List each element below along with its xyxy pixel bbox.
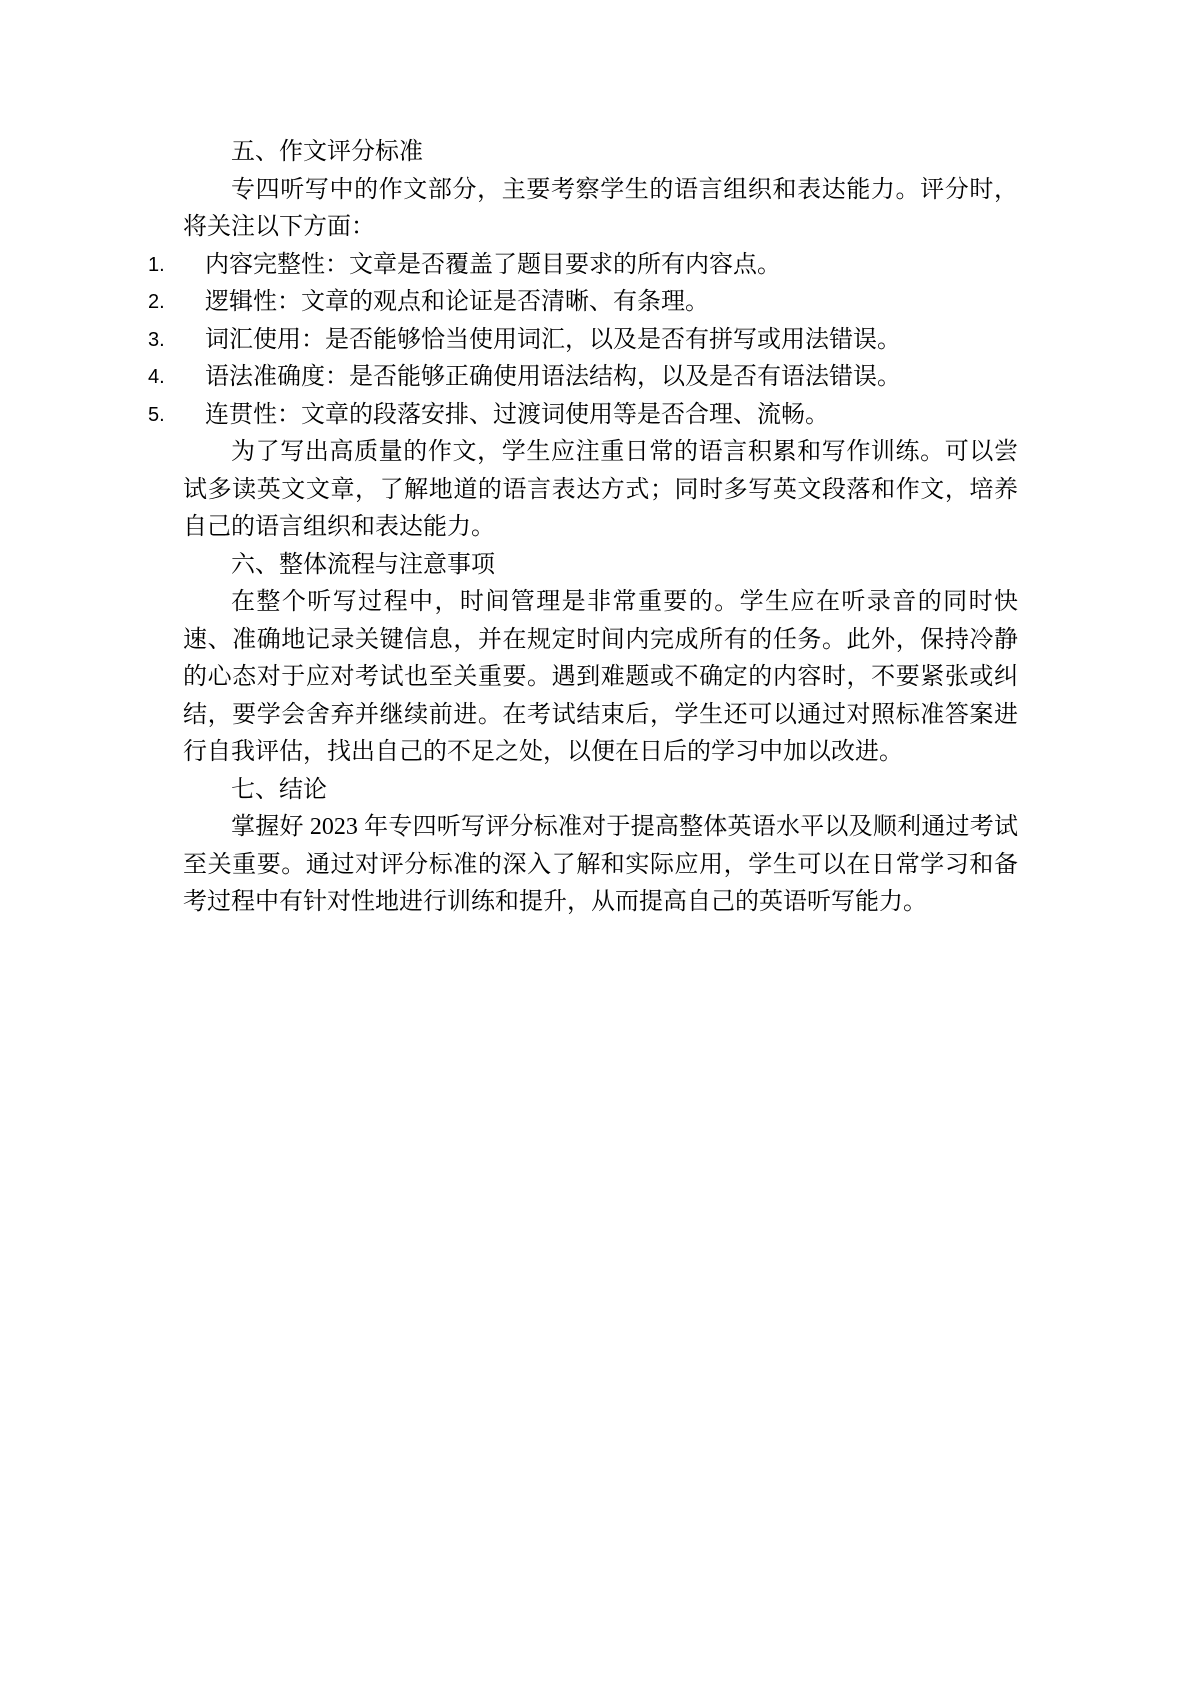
paragraph-process-notes: 在整个听写过程中，时间管理是非常重要的。学生应在听录音的同时快速、准确地记录关键… [183,584,1018,772]
list-item: 1. 内容完整性：文章是否覆盖了题目要求的所有内容点。 [183,247,1018,285]
paragraph-essay-intro: 专四听写中的作文部分，主要考察学生的语言组织和表达能力。评分时，将关注以下方面： [183,172,1018,247]
list-item-text: 内容完整性：文章是否覆盖了题目要求的所有内容点。 [205,252,781,278]
document-page: 五、作文评分标准 专四听写中的作文部分，主要考察学生的语言组织和表达能力。评分时… [0,0,1191,1684]
list-item: 3. 词汇使用：是否能够恰当使用词汇，以及是否有拼写或用法错误。 [183,322,1018,360]
criteria-list: 1. 内容完整性：文章是否覆盖了题目要求的所有内容点。 2. 逻辑性：文章的观点… [183,247,1018,435]
list-item-number: 3. [148,322,165,360]
section-heading-conclusion: 七、结论 [183,772,1018,810]
list-item: 4. 语法准确度：是否能够正确使用语法结构，以及是否有语法错误。 [183,359,1018,397]
list-item-text: 连贯性：文章的段落安排、过渡词使用等是否合理、流畅。 [205,402,829,428]
list-item-text: 词汇使用：是否能够恰当使用词汇，以及是否有拼写或用法错误。 [205,327,901,353]
list-item: 2. 逻辑性：文章的观点和论证是否清晰、有条理。 [183,284,1018,322]
paragraph-conclusion: 掌握好 2023 年专四听写评分标准对于提高整体英语水平以及顺利通过考试至关重要… [183,809,1018,922]
list-item-number: 4. [148,359,165,397]
list-item-text: 语法准确度：是否能够正确使用语法结构，以及是否有语法错误。 [205,364,901,390]
paragraph-essay-advice: 为了写出高质量的作文，学生应注重日常的语言积累和写作训练。可以尝试多读英文文章，… [183,434,1018,547]
list-item-number: 1. [148,247,165,285]
list-item: 5. 连贯性：文章的段落安排、过渡词使用等是否合理、流畅。 [183,397,1018,435]
section-heading-process-notes: 六、整体流程与注意事项 [183,547,1018,585]
list-item-number: 2. [148,284,165,322]
list-item-number: 5. [148,397,165,435]
section-heading-essay-criteria: 五、作文评分标准 [183,134,1018,172]
list-item-text: 逻辑性：文章的观点和论证是否清晰、有条理。 [205,289,709,315]
